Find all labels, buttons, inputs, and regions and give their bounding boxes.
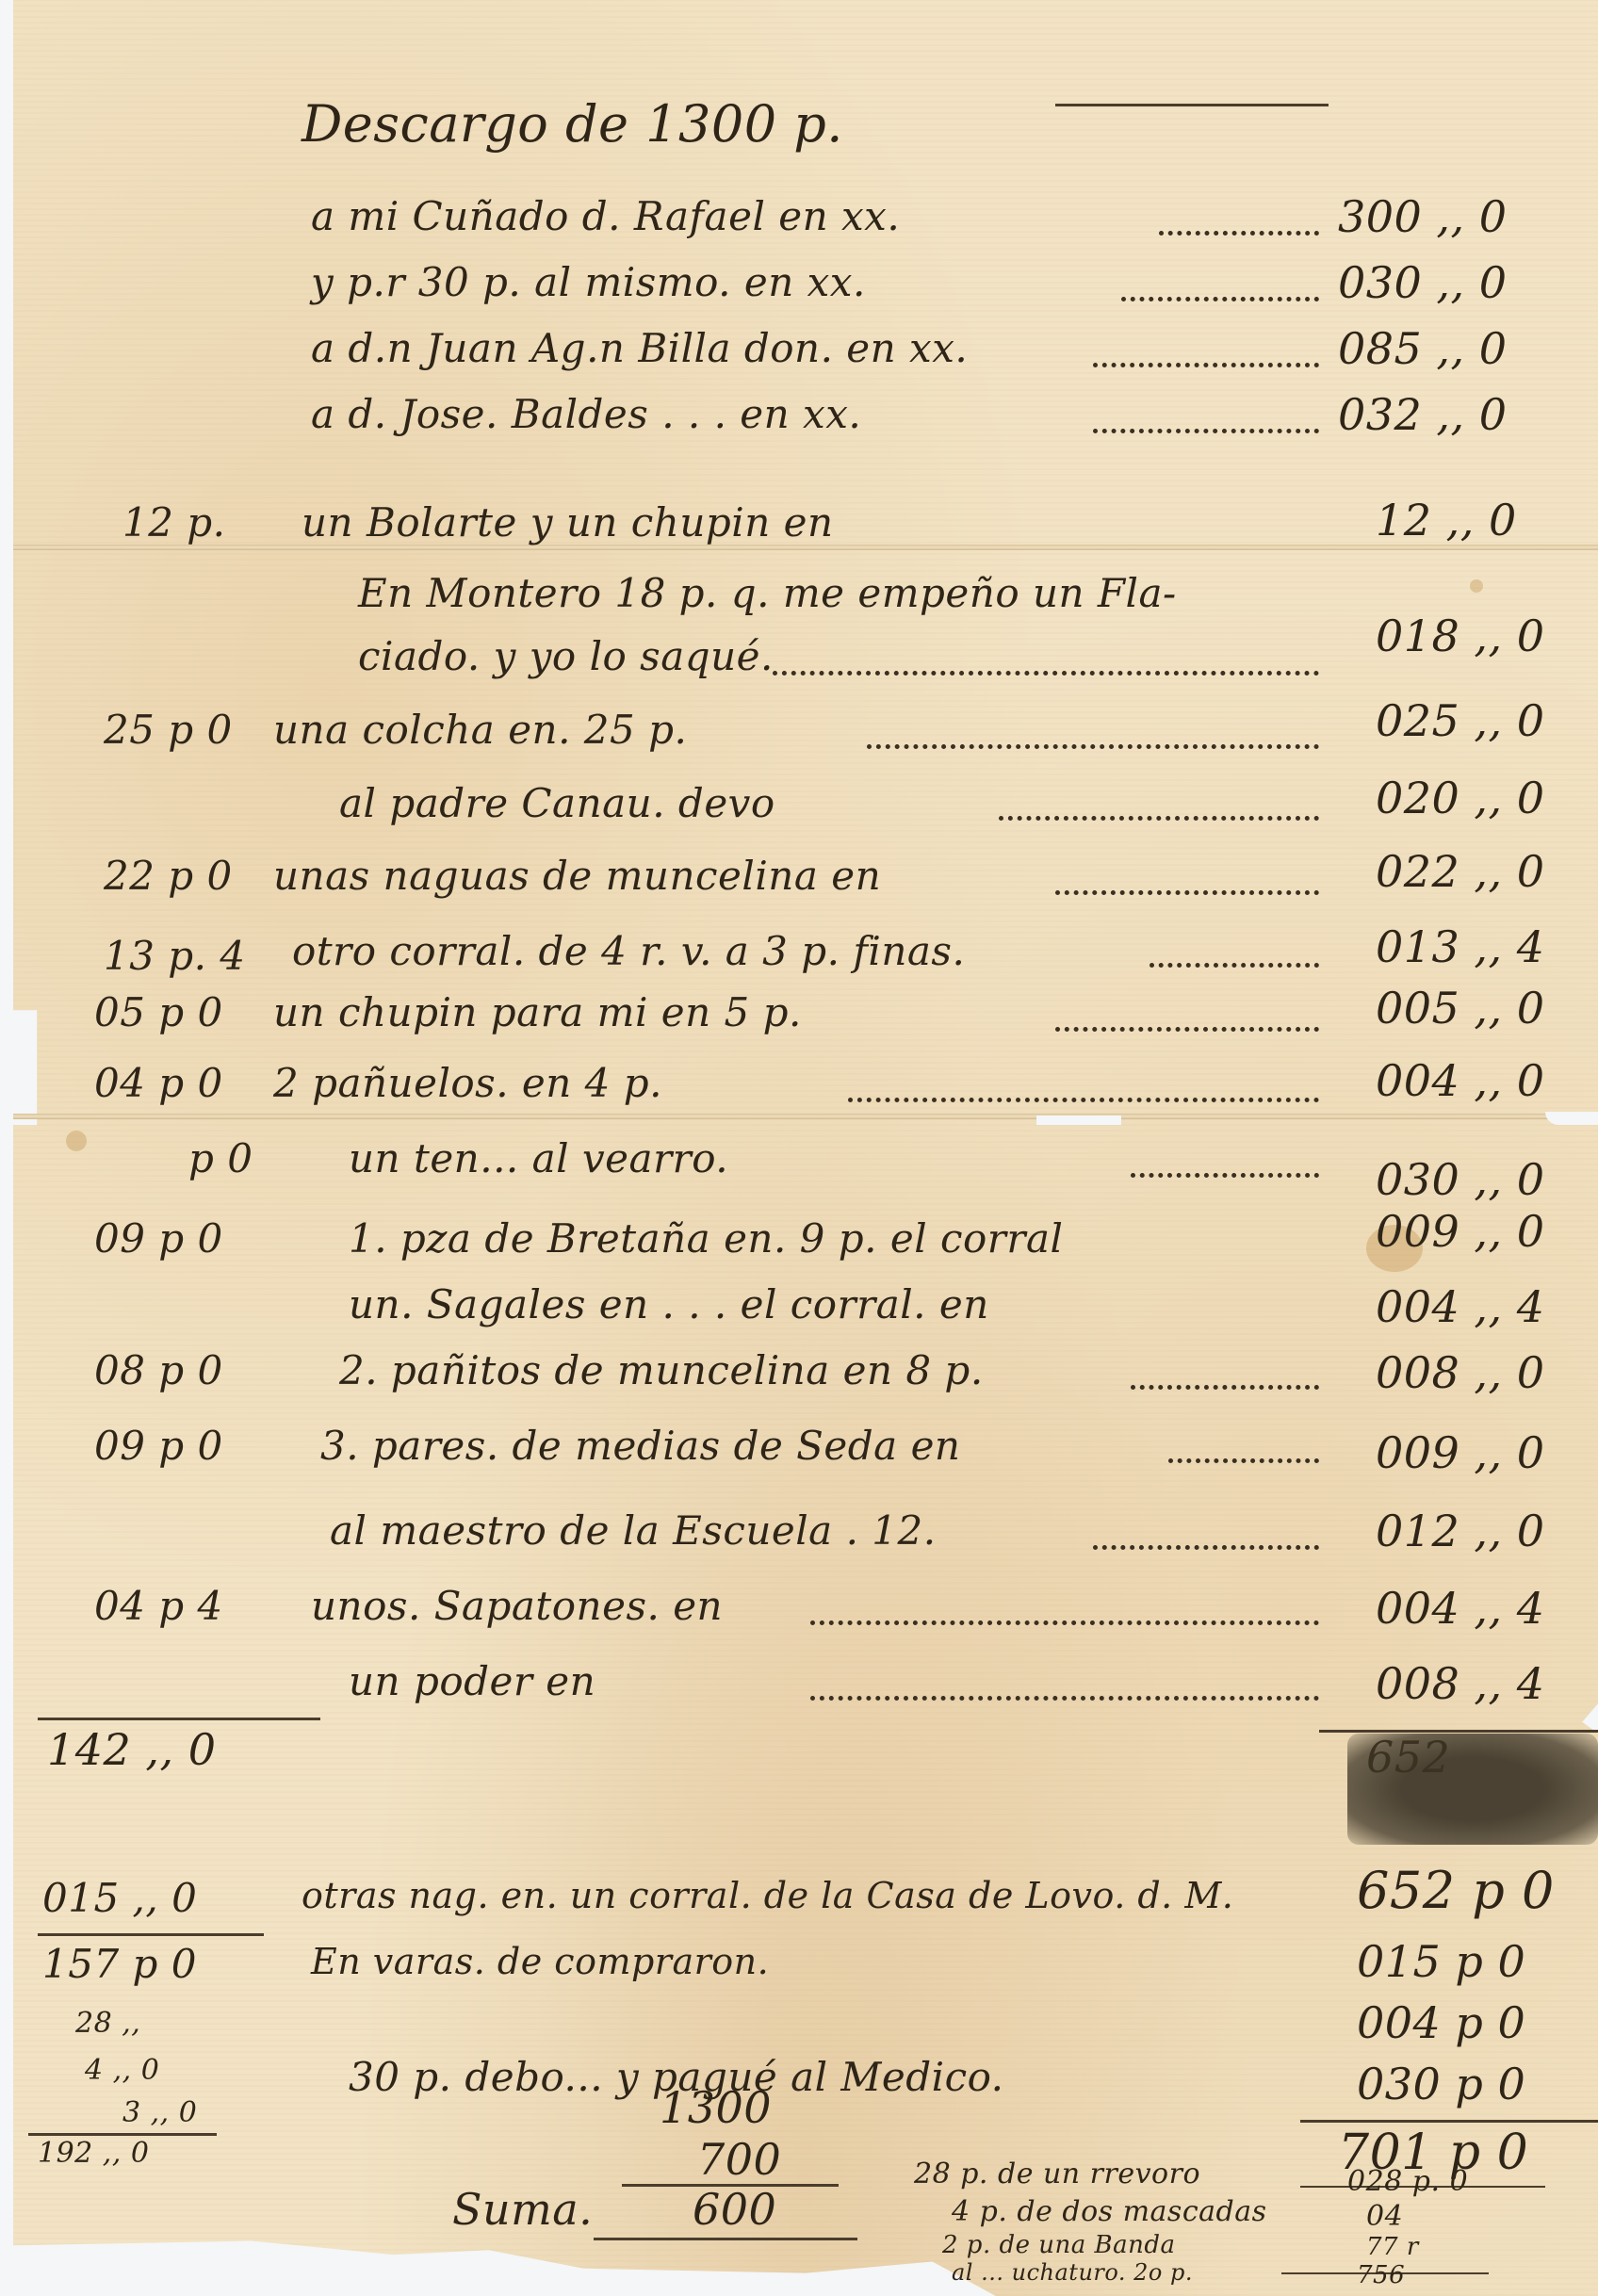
entry-amount: 030 ,, 0 [1338, 257, 1508, 308]
entry-text: unos. Sapatones. en [311, 1583, 723, 1629]
leader-dots [1093, 1545, 1319, 1550]
leader-dots [1150, 963, 1319, 968]
entry-margin: 08 p 0 [94, 1347, 223, 1393]
entry-margin: 05 p 0 [94, 989, 223, 1035]
entry-margin: 157 p 0 [42, 1941, 197, 1987]
entry-margin: 04 p 0 [94, 1060, 223, 1106]
entry-text: otro corral. de 4 r. v. a 3 p. finas. [292, 928, 965, 974]
entry-text: En Montero 18 p. q. me empeño un Fla- [358, 570, 1177, 616]
footnote-amount: 04 [1366, 2200, 1403, 2233]
entry-amount: 018 ,, 0 [1376, 611, 1545, 661]
total-rule [1300, 2120, 1598, 2123]
leader-dots [999, 816, 1319, 821]
footnote-text: 2 p. de una Banda [942, 2231, 1176, 2259]
footnote-text: al ... uchaturo. 2o p. [952, 2259, 1193, 2286]
leader-dots [867, 744, 1319, 749]
leader-dots [1131, 1385, 1319, 1390]
leader-dots [1121, 297, 1319, 301]
entry-amount: 009 ,, 0 [1376, 1206, 1545, 1257]
leader-dots [810, 1696, 1319, 1701]
entry-amount: 009 ,, 0 [1376, 1427, 1545, 1478]
entry-margin: 28 ,, [75, 2007, 140, 2040]
torn-edge [1545, 1112, 1598, 1125]
entry-text: ciado. y yo lo saqué. [358, 633, 774, 679]
entry-amount: 030 ,, 0 [1376, 1154, 1545, 1205]
entry-margin: p 0 [188, 1135, 253, 1181]
stain [66, 1131, 87, 1151]
entry-text: y p.r 30 p. al mismo. en xx. [311, 259, 866, 305]
entry-amount: 005 ,, 0 [1376, 983, 1545, 1034]
entry-text: un poder en [349, 1658, 595, 1704]
entry-margin: 09 p 0 [94, 1423, 223, 1469]
entry-amount: 030 p 0 [1357, 2059, 1525, 2109]
footnote-text: 4 p. de dos mascadas [952, 2195, 1267, 2228]
blotted-subtotal: 652 [1366, 1732, 1450, 1783]
subtotal-rule [38, 1718, 320, 1720]
entry-margin: 25 p 0 [104, 707, 233, 753]
entry-margin: 13 p. 4 [104, 933, 246, 979]
entry-margin: 3 ,, 0 [122, 2096, 197, 2129]
total-rule [28, 2133, 217, 2136]
leader-dots [1055, 890, 1319, 895]
entry-amount: 032 ,, 0 [1338, 389, 1508, 440]
entry-margin: 09 p 0 [94, 1215, 223, 1262]
entry-amount: 004 ,, 4 [1376, 1281, 1545, 1332]
footnote-text: 28 p. de un rrevoro [914, 2158, 1200, 2190]
entry-margin: 015 ,, 0 [42, 1875, 197, 1921]
leader-dots [810, 1620, 1319, 1625]
entry-amount: 020 ,, 0 [1376, 773, 1545, 823]
entry-text: otras nag. en. un corral. de la Casa de … [302, 1875, 1233, 1916]
sum-rule [38, 1933, 264, 1936]
entry-margin: 4 ,, 0 [85, 2054, 159, 2087]
entry-text: unas naguas de muncelina en [273, 853, 881, 899]
entry-amount: 012 ,, 0 [1376, 1506, 1545, 1556]
suma-line: 600 [693, 2184, 776, 2235]
entry-text: 2. pañitos de muncelina en 8 p. [339, 1347, 984, 1393]
entry-margin: 22 p 0 [104, 853, 233, 899]
left-total: 192 ,, 0 [38, 2137, 150, 2170]
fold-line [13, 1114, 1598, 1119]
leader-dots [1131, 1173, 1319, 1178]
entry-amount: 025 ,, 0 [1376, 695, 1545, 746]
entry-amount: 004 ,, 0 [1376, 1055, 1545, 1106]
footnote-amount: 77 r [1366, 2233, 1419, 2261]
title-rule [1055, 104, 1329, 106]
entry-amount: 12 ,, 0 [1376, 495, 1517, 546]
entry-text: 1. pza de Bretaña en. 9 p. el corral [349, 1215, 1063, 1262]
leader-dots [1093, 363, 1319, 367]
suma-rule [594, 2238, 857, 2240]
entry-text: un ten... al vearro. [349, 1135, 728, 1181]
entry-text: un chupin para mi en 5 p. [273, 989, 802, 1035]
entry-text: a d.n Juan Ag.n Billa don. en xx. [311, 325, 968, 371]
entry-amount: 004 p 0 [1357, 1997, 1525, 2048]
entry-text: un. Sagales en . . . el corral. en [349, 1281, 989, 1327]
leader-dots [773, 671, 1319, 676]
entry-amount: 013 ,, 4 [1376, 921, 1545, 972]
subtotal-rule [1319, 1730, 1598, 1733]
entry-text: 3. pares. de medias de Seda en [320, 1423, 960, 1469]
entry-text: un Bolarte y un chupin en [302, 499, 834, 546]
entry-margin: 12 p. [122, 499, 226, 546]
stain [1470, 579, 1483, 593]
entry-text: 2 pañuelos. en 4 p. [273, 1060, 662, 1106]
entry-amount: 022 ,, 0 [1376, 846, 1545, 897]
entry-amount: 015 p 0 [1357, 1936, 1525, 1987]
left-subtotal: 142 ,, 0 [47, 1724, 217, 1775]
entry-amount: 652 p 0 [1357, 1861, 1555, 1920]
leader-dots [1093, 429, 1319, 433]
leader-dots [1168, 1458, 1319, 1463]
entry-amount: 300 ,, 0 [1338, 191, 1508, 242]
entry-margin: 04 p 4 [94, 1583, 223, 1629]
footnote-amount: 028 p. 0 [1347, 2165, 1468, 2198]
entry-text: al padre Canau. devo [339, 780, 775, 826]
entry-amount: 008 ,, 0 [1376, 1347, 1545, 1398]
suma-label: Suma. [452, 2184, 593, 2235]
entry-amount: 004 ,, 4 [1376, 1583, 1545, 1634]
suma-line: 700 [697, 2134, 781, 2185]
document-title: Descargo de 1300 p. [302, 94, 843, 154]
entry-text: a d. Jose. Baldes . . . en xx. [311, 391, 861, 437]
entry-amount: 085 ,, 0 [1338, 323, 1508, 374]
leader-dots [1055, 1027, 1319, 1032]
leader-dots [1159, 231, 1319, 236]
leader-dots [848, 1098, 1319, 1102]
entry-text: al maestro de la Escuela . 12. [330, 1507, 937, 1554]
torn-edge [1036, 1115, 1121, 1125]
entry-text: a mi Cuñado d. Rafael en xx. [311, 193, 900, 239]
entry-text: En varas. de compraron. [311, 1941, 769, 1982]
suma-line: 1300 [660, 2082, 772, 2133]
entry-text: una colcha en. 25 p. [273, 707, 687, 753]
entry-amount: 008 ,, 4 [1376, 1658, 1545, 1709]
footnote-amount: 756 [1357, 2261, 1405, 2289]
